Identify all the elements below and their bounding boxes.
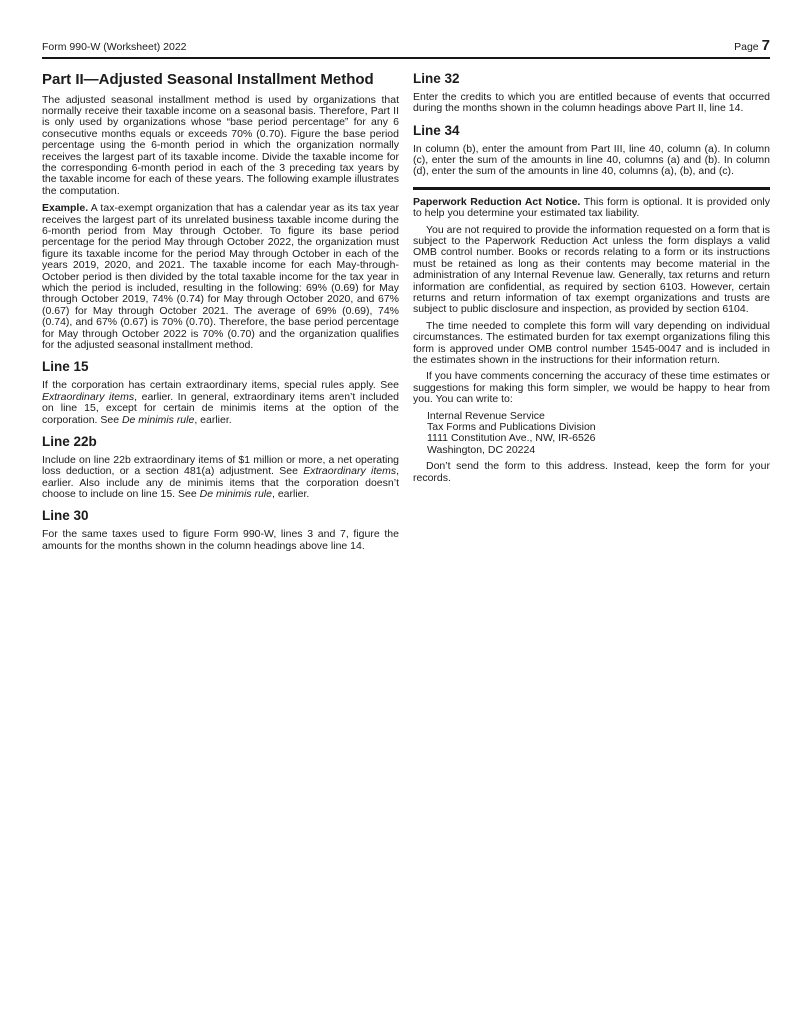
- paperwork-notice-paragraph-4: If you have comments concerning the accu…: [413, 371, 770, 405]
- line22b-heading: Line 22b: [42, 435, 399, 450]
- part2-body-paragraph: The adjusted seasonal installment method…: [42, 95, 399, 198]
- line30-body-paragraph: For the same taxes used to figure Form 9…: [42, 529, 399, 552]
- irs-address-block: Internal Revenue ServiceTax Forms and Pu…: [427, 411, 770, 457]
- paperwork-notice-paragraph-5: Don’t send the form to this address. Ins…: [413, 461, 770, 484]
- right-column: Line 32 Enter the credits to which you a…: [413, 70, 770, 552]
- line32-body-paragraph: Enter the credits to which you are entit…: [413, 92, 770, 115]
- paperwork-notice-paragraph: Paperwork Reduction Act Notice. This for…: [413, 197, 770, 220]
- paperwork-notice-paragraph-3: The time needed to complete this form wi…: [413, 321, 770, 367]
- page-indicator: Page 7: [734, 38, 770, 53]
- left-column: Part II—Adjusted Seasonal Installment Me…: [42, 70, 399, 552]
- line15-heading: Line 15: [42, 360, 399, 375]
- line32-heading: Line 32: [413, 72, 770, 87]
- line34-body-paragraph: In column (b), enter the amount from Par…: [413, 144, 770, 178]
- line22b-body-paragraph: Include on line 22b extraordinary items …: [42, 455, 399, 501]
- page-label: Page: [734, 41, 759, 53]
- line34-heading: Line 34: [413, 124, 770, 139]
- part2-heading: Part II—Adjusted Seasonal Installment Me…: [42, 72, 399, 89]
- line30-heading: Line 30: [42, 509, 399, 524]
- two-column-body: Part II—Adjusted Seasonal Installment Me…: [42, 70, 770, 552]
- paperwork-notice-paragraph-2: You are not required to provide the info…: [413, 225, 770, 316]
- example-paragraph: Example. A tax-exempt organization that …: [42, 203, 399, 351]
- form-identifier: Form 990-W (Worksheet) 2022: [42, 41, 187, 53]
- page-header: Form 990-W (Worksheet) 2022 Page 7: [42, 38, 770, 59]
- section-divider-rule: [413, 187, 770, 190]
- page-number: 7: [762, 38, 770, 53]
- line15-body-paragraph: If the corporation has certain extraordi…: [42, 380, 399, 426]
- document-page: Form 990-W (Worksheet) 2022 Page 7 Part …: [0, 0, 800, 1035]
